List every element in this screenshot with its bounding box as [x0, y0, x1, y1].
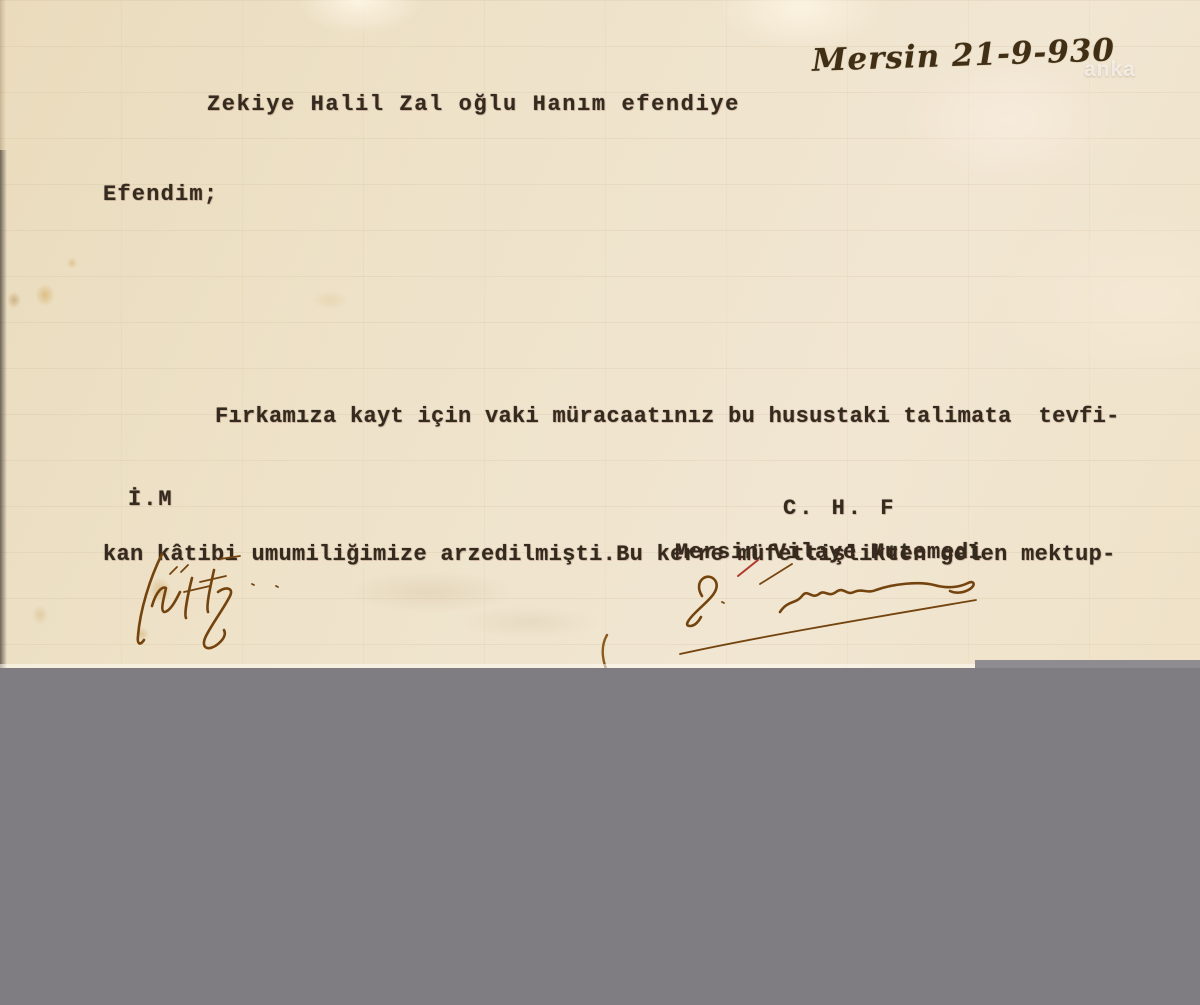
salutation-line: Efendim; — [103, 182, 218, 207]
letterbox-background — [0, 668, 1200, 1005]
right-signature-icon — [662, 558, 1012, 668]
paper-left-edge — [0, 0, 6, 150]
addressee-line: Zekiye Halil Zal oğlu Hanım efendiye — [207, 92, 740, 117]
paper-left-edge-shadow — [0, 150, 7, 668]
photo-canvas: Mersin 21-9-930 Zekiye Halil Zal oğlu Ha… — [0, 0, 1200, 1005]
party-abbreviation: C. H. F — [783, 496, 896, 521]
anka-watermark: anka — [1084, 58, 1136, 82]
handwritten-date: Mersin 21-9-930 — [811, 33, 1092, 79]
letter-document: Mersin 21-9-930 Zekiye Halil Zal oğlu Ha… — [0, 0, 1200, 668]
left-initials: İ.M — [128, 487, 174, 512]
left-signature-icon — [100, 548, 280, 663]
body-line: Fırkamıza kayt için vaki müracaatınız bu… — [103, 394, 1120, 440]
